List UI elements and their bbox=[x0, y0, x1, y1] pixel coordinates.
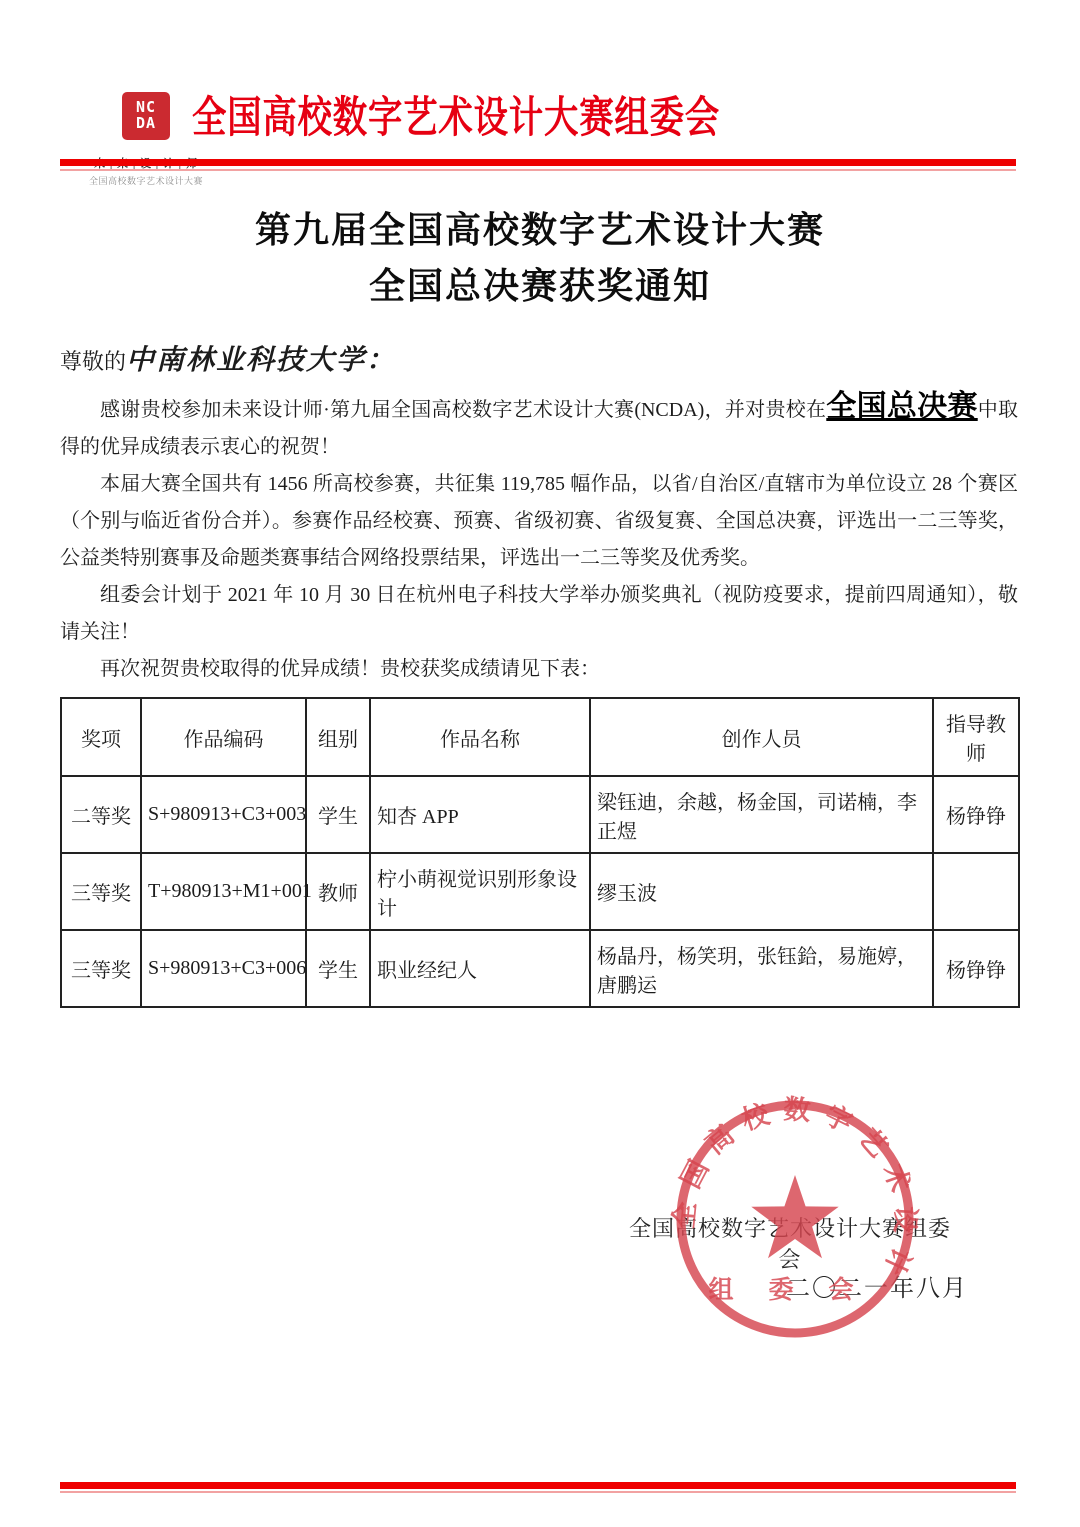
organization-title: 全国高校数字艺术设计大赛组委会 bbox=[192, 94, 720, 143]
national-final-highlight: 全国总决赛 bbox=[826, 390, 977, 423]
paragraph-congrats: 再次祝贺贵校取得的优异成绩！贵校获奖成绩请见下表： bbox=[60, 651, 1018, 688]
paragraph-thanks-before: 感谢贵校参加未来设计师·第九届全国高校数字艺术设计大赛(NCDA)，并对贵校在 bbox=[100, 399, 826, 421]
footer-rule-thin bbox=[60, 1491, 1016, 1493]
school-name: 中南林业科技大学： bbox=[126, 343, 396, 376]
column-header-code: 作品编码 bbox=[141, 698, 306, 776]
ncda-logo-icon: NC DA bbox=[122, 92, 170, 140]
cell-creators: 梁钰迪，余越，杨金国，司诺楠，李正煜 bbox=[590, 776, 933, 853]
column-header-advisor: 指导教师 bbox=[933, 698, 1019, 776]
letter-body: 尊敬的中南林业科技大学： 感谢贵校参加未来设计师·第九届全国高校数字艺术设计大赛… bbox=[60, 338, 1018, 1008]
table-row: 二等奖 S+980913+C3+003 学生 知杏 APP 梁钰迪，余越，杨金国… bbox=[61, 776, 1019, 853]
column-header-award: 奖项 bbox=[61, 698, 141, 776]
paragraph-statistics: 本届大赛全国共有 1456 所高校参赛，共征集 119,785 幅作品，以省/自… bbox=[60, 466, 1018, 577]
competition-logo: NC DA 未 | 来 | 设 | 计 | 师 全国高校数字艺术设计大赛 bbox=[88, 92, 204, 187]
seal-bottom-text: 组 委 会 bbox=[709, 1275, 868, 1304]
cell-group: 学生 bbox=[306, 930, 370, 1007]
cell-creators: 杨晶丹，杨笑玥，张钰鉿，易施婷，唐鹏运 bbox=[590, 930, 933, 1007]
cell-award: 三等奖 bbox=[61, 853, 141, 930]
paragraph-ceremony: 组委会计划于 2021 年 10 月 30 日在杭州电子科技大学举办颁奖典礼（视… bbox=[60, 577, 1018, 651]
official-seal: 全国高校数字艺术设计大赛 组 委 会 bbox=[662, 1086, 928, 1352]
cell-work: 知杏 APP bbox=[370, 776, 590, 853]
cell-group: 学生 bbox=[306, 776, 370, 853]
logo-subtitle: 全国高校数字艺术设计大赛 bbox=[88, 174, 204, 187]
logo-letters-bottom: DA bbox=[136, 116, 156, 132]
document-title-line1: 第九届全国高校数字艺术设计大赛 bbox=[0, 202, 1080, 253]
cell-award: 二等奖 bbox=[61, 776, 141, 853]
cell-code: T+980913+M1+001 bbox=[141, 853, 306, 930]
cell-work: 柠小萌视觉识别形象设计 bbox=[370, 853, 590, 930]
cell-creators: 缪玉波 bbox=[590, 853, 933, 930]
cell-code: S+980913+C3+006 bbox=[141, 930, 306, 1007]
document-page: NC DA 未 | 来 | 设 | 计 | 师 全国高校数字艺术设计大赛 全国高… bbox=[0, 0, 1080, 1527]
star-icon bbox=[751, 1175, 838, 1258]
salutation: 尊敬的中南林业科技大学： bbox=[60, 338, 1018, 378]
cell-advisor: 杨铮铮 bbox=[933, 930, 1019, 1007]
cell-award: 三等奖 bbox=[61, 930, 141, 1007]
cell-group: 教师 bbox=[306, 853, 370, 930]
salutation-prefix: 尊敬的 bbox=[60, 349, 126, 374]
paragraph-thanks: 感谢贵校参加未来设计师·第九届全国高校数字艺术设计大赛(NCDA)，并对贵校在全… bbox=[60, 392, 1018, 466]
cell-work: 职业经纪人 bbox=[370, 930, 590, 1007]
table-header-row: 奖项 作品编码 组别 作品名称 创作人员 指导教师 bbox=[61, 698, 1019, 776]
table-row: 三等奖 S+980913+C3+006 学生 职业经纪人 杨晶丹，杨笑玥，张钰鉿… bbox=[61, 930, 1019, 1007]
column-header-creators: 创作人员 bbox=[590, 698, 933, 776]
cell-advisor: 杨铮铮 bbox=[933, 776, 1019, 853]
column-header-work: 作品名称 bbox=[370, 698, 590, 776]
awards-table: 奖项 作品编码 组别 作品名称 创作人员 指导教师 二等奖 S+980913+C… bbox=[60, 697, 1020, 1008]
header-rule-thick bbox=[60, 159, 1016, 166]
footer-rule-thick bbox=[60, 1482, 1016, 1489]
table-row: 三等奖 T+980913+M1+001 教师 柠小萌视觉识别形象设计 缪玉波 bbox=[61, 853, 1019, 930]
header-rule-thin bbox=[60, 169, 1016, 171]
cell-code: S+980913+C3+003 bbox=[141, 776, 306, 853]
column-header-group: 组别 bbox=[306, 698, 370, 776]
document-title-line2: 全国总决赛获奖通知 bbox=[0, 258, 1080, 309]
cell-advisor bbox=[933, 853, 1019, 930]
